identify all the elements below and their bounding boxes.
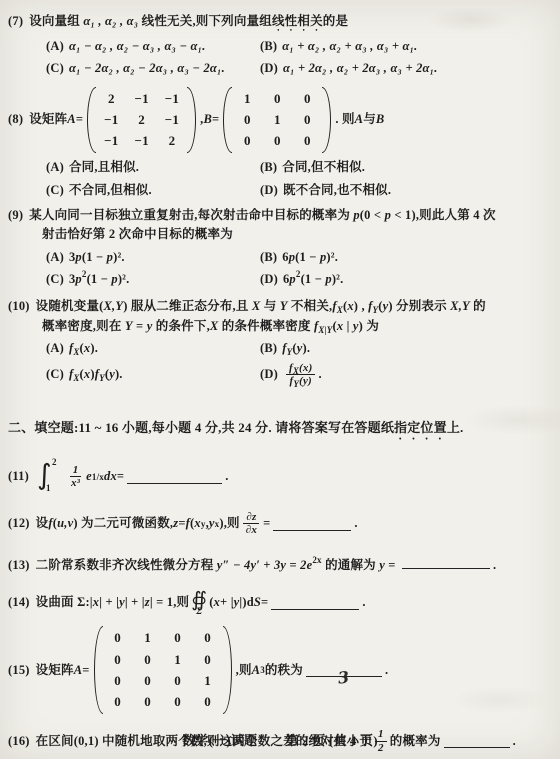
fraction: 1x³	[68, 464, 83, 490]
option-9-D: (D)6p2(1 − p)².	[260, 270, 550, 289]
answer-blank	[127, 470, 222, 484]
footer-exam-title: 数学(一)试题	[182, 731, 257, 751]
answer-blank	[402, 555, 490, 569]
exam-page: (7) 设向量组 α₁ , α₂ , α₃ 线性无关,则下列向量组线性相关的是 …	[0, 0, 560, 759]
question-8-stem: (8) 设矩阵 A = 2−1−1−12−1−1−12, B = 1000100…	[8, 85, 550, 155]
option-7-C: (C)α₁ − 2α₂ , α₂ − 2α₃ , α₃ − 2α₁.	[46, 59, 260, 78]
question-12-stem: (12) 设 f(u,v) 为二元可微函数,z = f(xy , yx),则∂z…	[8, 511, 550, 537]
option-9-B: (B)6p(1 − p)².	[260, 248, 550, 267]
question-12-number: (12)	[8, 514, 30, 533]
option-10-A: (A)fX(x).	[46, 339, 260, 358]
question-9-number: (9)	[8, 206, 23, 225]
option-9-C: (C)3p2(1 − p)².	[46, 270, 260, 289]
question-15-number: (15)	[8, 661, 30, 680]
question-8-number: (8)	[8, 110, 23, 129]
matrix-A: 2−1−1−12−1−1−12	[87, 87, 196, 153]
matrix-B: 100010000	[223, 87, 331, 153]
question-11-stem: (11) ∫211x³e1/xdx = .	[8, 459, 550, 495]
option-10-C: (C)fX(x)fY(y).	[46, 365, 260, 384]
question-9-stem-line2: 射击恰好第 2 次命中目标的概率为	[42, 225, 550, 244]
option-8-B: (B)合同,但不相似.	[260, 158, 550, 177]
option-7-B: (B)α₁ + α₂ , α₂ + α₃ , α₃ + α₁.	[260, 37, 550, 56]
question-9-options: (A)3p(1 − p)². (B)6p(1 − p)². (C)3p2(1 −…	[46, 248, 550, 290]
question-10-stem-line2: 概率密度,则在 Y = y 的条件下,X 的条件概率密度 fX|Y(x | y)…	[42, 317, 550, 336]
handwritten-answer: 3	[337, 666, 351, 692]
option-8-A: (A)合同,且相似.	[46, 158, 260, 177]
question-10-stem-line1: (10) 设随机变量(X,Y) 服从二维正态分布,且 X 与 Y 不相关,fX(…	[8, 297, 550, 316]
question-10-options: (A)fX(x). (B)fY(y). (C)fX(x)fY(y). (D)fX…	[46, 339, 550, 388]
question-11-number: (11)	[8, 467, 29, 486]
option-7-A: (A)α₁ − α₂ , α₂ − α₃ , α₃ − α₁.	[46, 37, 260, 56]
fraction: fX(x)fY(y)	[286, 362, 316, 388]
option-8-D: (D)既不合同,也不相似.	[260, 181, 550, 200]
option-7-D: (D)α₁ + 2α₂ , α₂ + 2α₃ , α₃ + 2α₁.	[260, 59, 550, 78]
question-13: (13) 二阶常系数非齐次线性微分方程 y″ − 4y′ + 3y = 2e2x…	[8, 555, 550, 575]
question-9-stem-line1: (9) 某人向同一目标独立重复射击,每次射击命中目标的概率为 p(0 < p <…	[8, 206, 550, 225]
question-14-number: (14)	[8, 593, 30, 612]
option-8-C: (C)不合同,但相似.	[46, 181, 260, 200]
question-8-options: (A)合同,且相似. (B)合同,但不相似. (C)不合同,但相似. (D)既不…	[46, 158, 550, 200]
question-10: (10) 设随机变量(X,Y) 服从二维正态分布,且 X 与 Y 不相关,fX(…	[8, 297, 550, 387]
option-10-D: (D)fX(x)fY(y).	[260, 362, 550, 388]
question-14: (14) 设曲面 Σ:|x| + |y| + |z| = 1,则∯Σ(x + |…	[8, 589, 550, 616]
question-14-stem: (14) 设曲面 Σ:|x| + |y| + |z| = 1,则∯Σ(x + |…	[8, 589, 550, 616]
question-9: (9) 某人向同一目标独立重复射击,每次射击命中目标的概率为 p(0 < p <…	[8, 206, 550, 290]
answer-blank	[271, 596, 359, 610]
question-7-number: (7)	[8, 12, 23, 31]
question-12: (12) 设 f(u,v) 为二元可微函数,z = f(xy , yx),则∂z…	[8, 511, 550, 537]
question-7-options: (A)α₁ − α₂ , α₂ − α₃ , α₃ − α₁. (B)α₁ + …	[46, 37, 550, 79]
question-13-number: (13)	[8, 556, 30, 575]
question-11: (11) ∫211x³e1/xdx = .	[8, 459, 550, 495]
answer-blank: 3	[306, 663, 382, 677]
option-10-B: (B)fY(y).	[260, 339, 550, 358]
question-13-stem: (13) 二阶常系数非齐次线性微分方程 y″ − 4y′ + 3y = 2e2x…	[8, 555, 550, 575]
answer-blank	[273, 517, 351, 531]
question-8: (8) 设矩阵 A = 2−1−1−12−1−1−12, B = 1000100…	[8, 85, 550, 200]
question-7: (7) 设向量组 α₁ , α₂ , α₃ 线性无关,则下列向量组线性相关的是 …	[8, 12, 550, 79]
section-2-header: 二、填空题:11 ~ 16 小题,每小题 4 分,共 24 分. 请将答案写在答…	[8, 418, 550, 443]
option-9-A: (A)3p(1 − p)².	[46, 248, 260, 267]
matrix-A15: 0100001000010000	[94, 626, 232, 714]
page-footer: 数学(一)试题 第 2 页 (共 4 页)	[0, 731, 560, 751]
footer-page-number: 第 2 页 (共 4 页)	[285, 731, 378, 751]
integral-sign: ∫21	[37, 460, 63, 494]
surface-integral-sign: ∯Σ	[191, 589, 207, 616]
fraction: ∂z∂x	[243, 511, 260, 537]
question-10-number: (10)	[8, 297, 30, 316]
question-7-stem: (7) 设向量组 α₁ , α₂ , α₃ 线性无关,则下列向量组线性相关的是	[8, 12, 550, 34]
question-15-stem: (15) 设矩阵 A = 0100001000010000,则 A3 的秩为3.	[8, 624, 550, 716]
question-15: (15) 设矩阵 A = 0100001000010000,则 A3 的秩为3.	[8, 624, 550, 716]
